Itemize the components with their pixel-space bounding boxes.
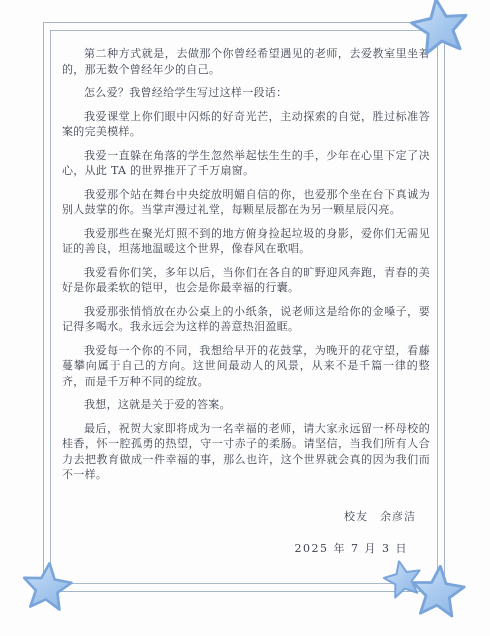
letter-paragraph: 我爱每一个你的不同，我想给早开的花鼓掌，为晚开的花守望，看藤蔓攀向属于自己的方向… [62,343,430,390]
letter-body: 第二种方式就是，去做那个你曾经希望遇见的老师，去爱教室里坐着的，那无数个曾经年少… [62,46,430,491]
letter-paragraph: 我爱一直躲在角落的学生忽然举起怯生生的手，少年在心里下定了决心，从此 TA 的世… [62,148,430,179]
letter-paragraph: 我爱看你们笑，多年以后，当你们在各自的旷野迎风奔跑，青春的美好是你最柔软的铠甲，… [62,265,430,296]
signature: 校友 余彦洁 [62,508,430,524]
letter-paragraph: 我爱课堂上你们眼中闪烁的好奇光芒，主动探索的自觉，胜过标准答案的完美模样。 [62,109,430,140]
letter-paragraph: 第二种方式就是，去做那个你曾经希望遇见的老师，去爱教室里坐着的，那无数个曾经年少… [62,46,430,77]
letter-paragraph: 我爱那个站在舞台中央绽放明媚自信的你，也爱那个坐在台下真诚为别人鼓掌的你。当掌声… [62,187,430,218]
letter-paragraph: 我爱那些在聚光灯照不到的地方俯身捡起垃圾的身影，爱你们无需见证的善良，坦荡地温暖… [62,226,430,257]
letter-paragraph: 我爱那张悄悄放在办公桌上的小纸条，说老师这是给你的金嗓子，要记得多喝水。我永远会… [62,304,430,335]
letter-paragraph: 我想，这就是关于爱的答案。 [62,397,430,413]
letter-page: 第二种方式就是，去做那个你曾经希望遇见的老师，去爱教室里坐着的，那无数个曾经年少… [0,0,490,636]
letter-paragraph: 怎么爱？我曾经给学生写过这样一段话： [62,85,430,101]
signature-block: 校友 余彦洁 2025 年 7 月 3 日 [62,508,430,556]
letter-date: 2025 年 7 月 3 日 [62,540,430,556]
letter-paragraph: 最后，祝贺大家即将成为一名幸福的老师，请大家永远留一杯母校的桂香，怀一腔孤勇的热… [62,421,430,483]
